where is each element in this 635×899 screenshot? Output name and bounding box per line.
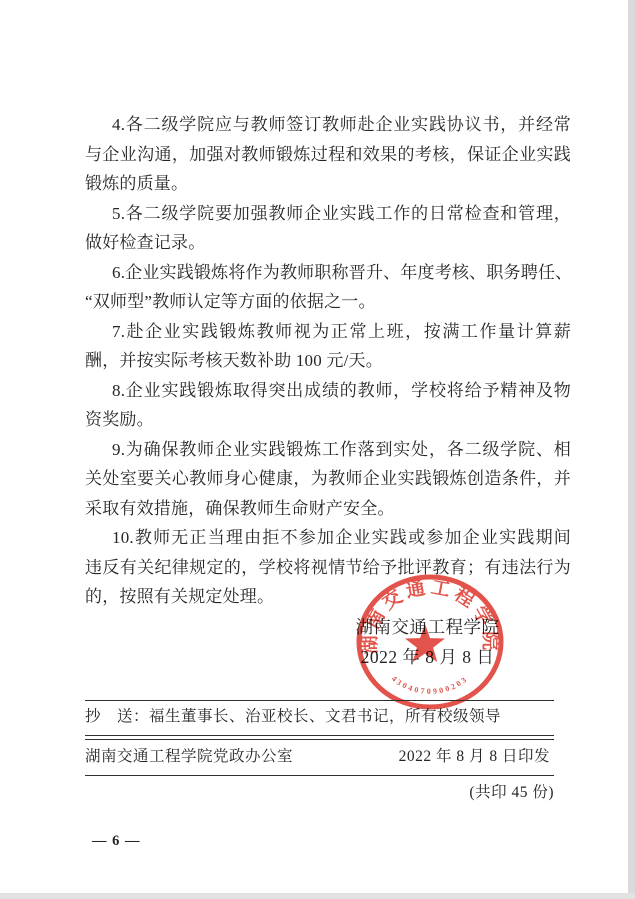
body-text-line: 5.各二级学院要加强教师企业实践工作的日常检查和管理， (85, 199, 571, 229)
scanned-document-page: 4.各二级学院应与教师签订教师赴企业实践协议书，并经常 与企业沟通，加强对教师锻… (0, 0, 635, 899)
cc-line: 抄 送：福生董事长、治亚校长、文君书记，所有校级领导 (85, 701, 554, 735)
body-paragraph: 5.各二级学院要加强教师企业实践工作的日常检查和管理， 做好检查记录。 (85, 199, 571, 258)
body-text-line: 与企业沟通，加强对教师锻炼过程和效果的考核，保证企业实践 (85, 140, 571, 170)
body-paragraph: 4.各二级学院应与教师签订教师赴企业实践协议书，并经常 与企业沟通，加强对教师锻… (85, 110, 571, 199)
body-text-line: 关处室要关心教师身心健康，为教师企业实践锻炼创造条件，并 (85, 464, 571, 494)
body-text-line: 违反有关纪律规定的，学校将视情节给予批评教育；有违法行为 (85, 553, 571, 583)
body-paragraph: 7.赴企业实践锻炼教师视为正常上班，按满工作量计算薪 酬，并按实际考核天数补助 … (85, 317, 571, 376)
body-text-line: 资奖励。 (85, 405, 571, 435)
body-text-line: 4.各二级学院应与教师签订教师赴企业实践协议书，并经常 (85, 110, 571, 140)
signature-block: 湖南交通工程学院 2022 年 8 月 8 日 (340, 612, 515, 672)
body-paragraph: 6.企业实践锻炼将作为教师职称晋升、年度考核、职务聘任、 “双师型”教师认定等方… (85, 258, 571, 317)
body-text-line: 采取有效措施，确保教师生命财产安全。 (85, 494, 571, 524)
body-text-line: 6.企业实践锻炼将作为教师职称晋升、年度考核、职务聘任、 (85, 258, 571, 288)
copies-count: (共印 45 份) (85, 776, 554, 804)
issue-date: 2022 年 8 月 8 日印发 (399, 746, 550, 768)
body-text-line: 做好检查记录。 (85, 228, 571, 258)
body-text-line: 8.企业实践锻炼取得突出成绩的教师，学校将给予精神及物 (85, 376, 571, 406)
body-text-line: 7.赴企业实践锻炼教师视为正常上班，按满工作量计算薪 (85, 317, 571, 347)
signature-date: 2022 年 8 月 8 日 (340, 642, 515, 672)
page-number: — 6 — (92, 833, 141, 850)
issuer-name: 湖南交通工程学院党政办公室 (85, 746, 293, 768)
body-text-line: 的，按照有关规定处理。 (85, 582, 571, 612)
signature-org: 湖南交通工程学院 (340, 612, 515, 642)
seal-number: 4304070900203 (390, 674, 470, 696)
body-paragraph: 8.企业实践锻炼取得突出成绩的教师，学校将给予精神及物 资奖励。 (85, 376, 571, 435)
document-body: 4.各二级学院应与教师签订教师赴企业实践协议书，并经常 与企业沟通，加强对教师锻… (85, 110, 571, 612)
issuer-row: 湖南交通工程学院党政办公室 2022 年 8 月 8 日印发 (85, 740, 554, 775)
body-text-line: “双师型”教师认定等方面的依据之一。 (85, 287, 571, 317)
footer-block: 抄 送：福生董事长、治亚校长、文君书记，所有校级领导 湖南交通工程学院党政办公室… (85, 700, 554, 804)
body-text-line: 酬，并按实际考核天数补助 100 元/天。 (85, 346, 571, 376)
body-paragraph: 10.教师无正当理由拒不参加企业实践或参加企业实践期间 违反有关纪律规定的，学校… (85, 523, 571, 612)
scan-edge-right (628, 0, 635, 899)
body-paragraph: 9.为确保教师企业实践锻炼工作落到实处，各二级学院、相 关处室要关心教师身心健康… (85, 435, 571, 524)
scan-edge-bottom (0, 893, 635, 899)
body-text-line: 10.教师无正当理由拒不参加企业实践或参加企业实践期间 (85, 523, 571, 553)
body-text-line: 9.为确保教师企业实践锻炼工作落到实处，各二级学院、相 (85, 435, 571, 465)
body-text-line: 锻炼的质量。 (85, 169, 571, 199)
